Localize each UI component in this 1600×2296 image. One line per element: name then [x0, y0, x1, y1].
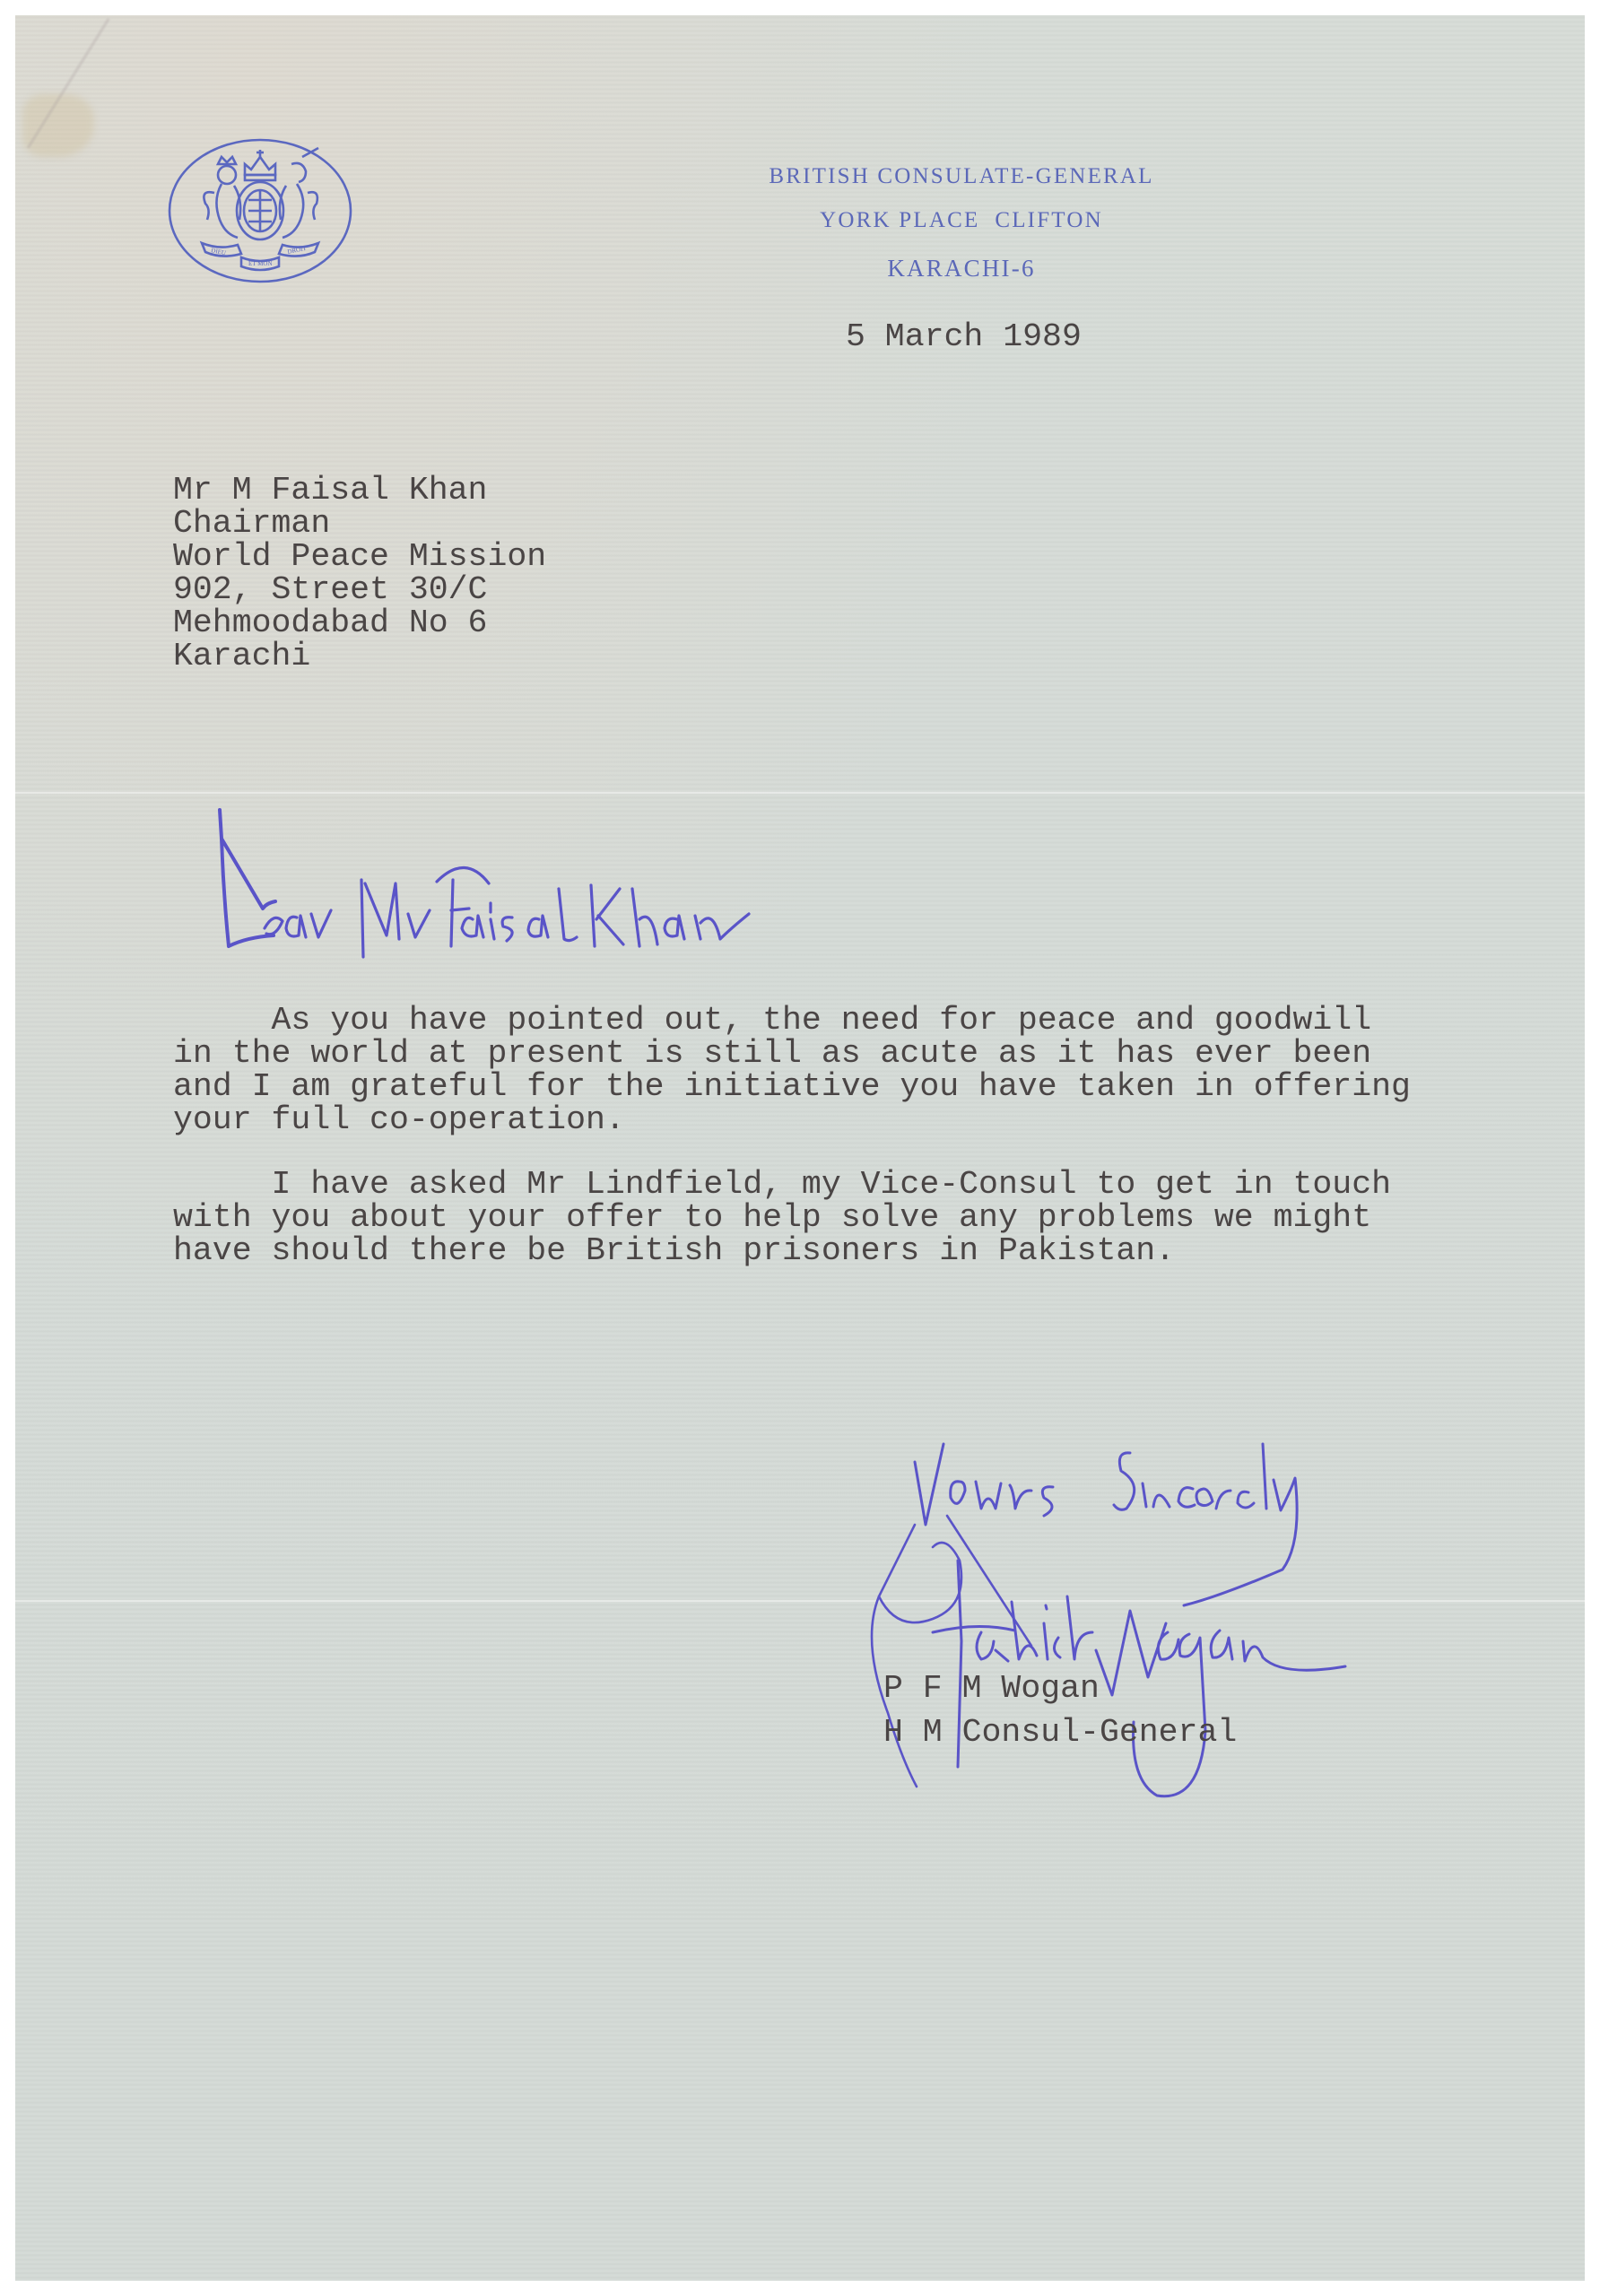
- letterhead-line-3: KARACHI-6: [692, 255, 1230, 283]
- body-line: As you have pointed out, the need for pe…: [173, 1004, 1371, 1037]
- address-line: World Peace Mission: [173, 540, 546, 573]
- letterhead-line-1: BRITISH CONSULATE-GENERAL: [692, 164, 1230, 189]
- letter-date: 5 March 1989: [846, 320, 1082, 353]
- fold-line-upper: [15, 791, 1585, 795]
- svg-text:ET MON: ET MON: [248, 260, 273, 267]
- royal-coat-of-arms-icon: DIEU ET MON DROIT: [166, 137, 354, 285]
- address-line: Mehmoodabad No 6: [173, 606, 487, 639]
- address-line: 902, Street 30/C: [173, 573, 487, 606]
- handwritten-salutation: Dear Mr Faisal Khan: [211, 803, 821, 969]
- address-line: Mr M Faisal Khan: [173, 474, 487, 507]
- body-line: and I am grateful for the initiative you…: [173, 1070, 1411, 1103]
- paper-stain: [22, 94, 94, 157]
- body-line: with you about your offer to help solve …: [173, 1201, 1371, 1234]
- signatory-name: P F M Wogan: [883, 1672, 1100, 1705]
- letter-paper: [15, 15, 1585, 2281]
- body-line: have should there be British prisoners i…: [173, 1234, 1175, 1267]
- address-line: Chairman: [173, 507, 330, 540]
- signatory-title: H M Consul-General: [883, 1716, 1237, 1749]
- body-line: I have asked Mr Lindfield, my Vice-Consu…: [173, 1168, 1391, 1201]
- body-line: in the world at present is still as acut…: [173, 1037, 1371, 1070]
- handwritten-signature: Patrick Wogan: [861, 1426, 1417, 1816]
- address-line: Karachi: [173, 639, 310, 673]
- letterhead-line-2: YORK PLACE CLIFTON: [692, 208, 1230, 233]
- body-line: your full co-operation.: [173, 1103, 625, 1136]
